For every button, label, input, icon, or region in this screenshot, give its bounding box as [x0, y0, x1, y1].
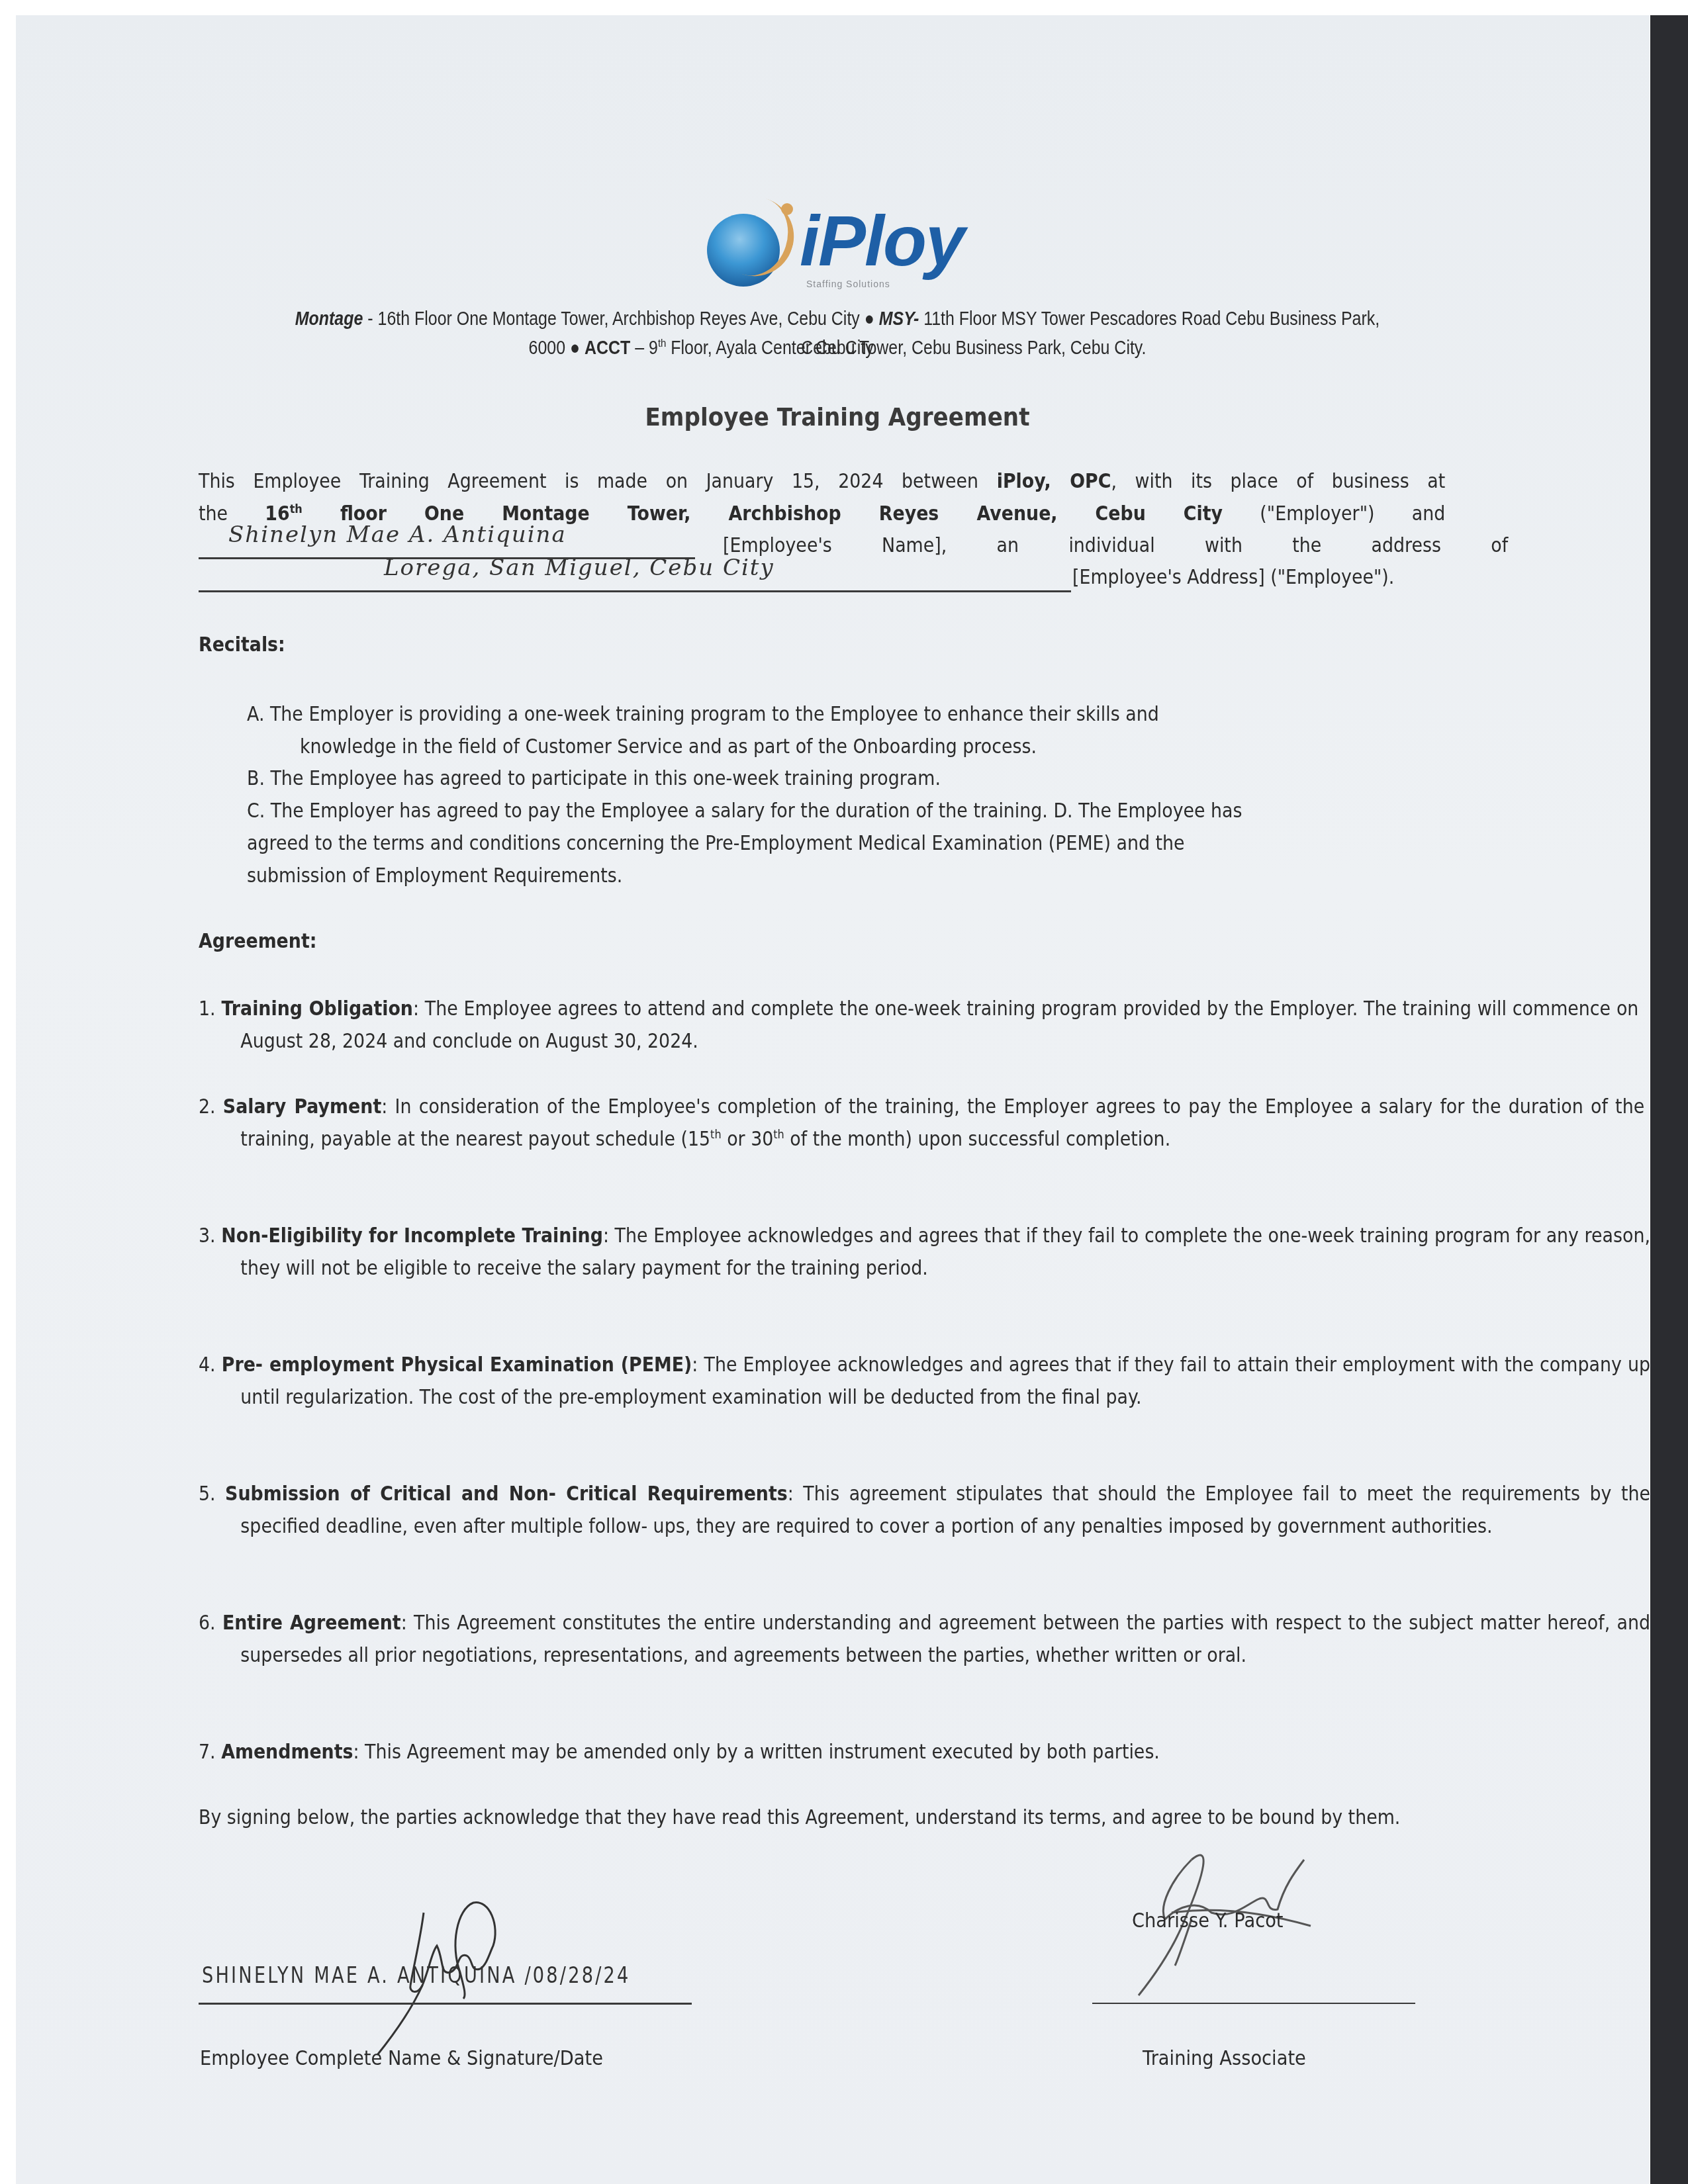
recitals-heading: Recitals: — [199, 629, 285, 661]
clause-entire-agreement: 6. Entire Agreement: This Agreement cons… — [199, 1607, 1650, 1672]
office-address-acct-a: – 9 — [630, 338, 658, 359]
recital-c-line3: submission of Employment Requirements. — [247, 860, 622, 892]
bullet-separator: ● — [570, 338, 580, 359]
associate-signature-line — [1092, 2003, 1415, 2004]
document-title: Employee Training Agreement — [263, 402, 1413, 432]
clause-title: Salary Payment — [223, 1095, 381, 1118]
clause-title: Training Obligation — [221, 997, 413, 1021]
closing-statement: By signing below, the parties acknowledg… — [199, 1801, 1597, 1834]
bullet-separator: ● — [865, 308, 874, 330]
intro-text: the — [199, 502, 228, 525]
clause-text: of the month) upon successful completion… — [784, 1128, 1170, 1151]
recital-c-line2: agreed to the terms and conditions conce… — [247, 827, 1185, 860]
employer-role: ("Employer") and — [1223, 502, 1445, 525]
office-addresses-line2: 6000 ● ACCT – 9th Floor, Ayala Center Ce… — [288, 334, 1387, 363]
recital-b: B. The Employee has agreed to participat… — [247, 762, 941, 795]
office-address-acct-b: Floor, Ayala Center Cebu Tower, Cebu Bus… — [666, 338, 1146, 359]
clause-number: 6. — [199, 1612, 216, 1635]
clause-number: 5. — [199, 1482, 216, 1506]
company-name: iPloy, OPC — [997, 470, 1111, 493]
intro-text: , with its place of business at — [1111, 470, 1445, 493]
scanner-edge — [1650, 15, 1688, 2184]
office-address-montage: - 16th Floor One Montage Tower, Archbish… — [363, 308, 864, 330]
clause-title: Entire Agreement — [222, 1612, 401, 1635]
employee-signature-label: Employee Complete Name & Signature/Date — [200, 2046, 603, 2070]
clause-title: Amendments — [221, 1741, 353, 1764]
zip-code: 6000 — [529, 338, 570, 359]
clause-number: 2. — [199, 1095, 216, 1118]
clause-peme: 4. Pre- employment Physical Examination … — [199, 1349, 1650, 1414]
clause-text: : This Agreement constitutes the entire … — [240, 1612, 1650, 1667]
logo-wordmark: iPloy — [800, 205, 964, 277]
clause-salary-payment: 2. Salary Payment: In consideration of t… — [199, 1091, 1644, 1156]
associate-printed-name: Charisse Y. Pacot — [1132, 1909, 1284, 1933]
recital-a-line2: knowledge in the field of Customer Servi… — [300, 731, 1037, 763]
clause-number: 7. — [199, 1741, 216, 1764]
clause-title: Submission of Critical and Non- Critical… — [225, 1482, 788, 1506]
intro-line-1: This Employee Training Agreement is made… — [199, 465, 1445, 498]
employee-address-underline — [199, 590, 1071, 592]
ordinal-sup: th — [710, 1128, 722, 1142]
iploy-logo: iPloy Staffing Solutions — [707, 202, 972, 295]
employee-name-handwritten: Shinelyn Mae A. Antiquina — [228, 522, 567, 548]
recital-c-line1: C. The Employer has agreed to pay the Em… — [247, 795, 1243, 827]
clause-text: : This Agreement may be amended only by … — [353, 1741, 1160, 1764]
clause-title: Pre- employment Physical Examination (PE… — [222, 1353, 692, 1377]
clause-text: or 30 — [722, 1128, 774, 1151]
employee-signature-line — [199, 2003, 692, 2005]
clause-number: 4. — [199, 1353, 216, 1377]
clause-text: : The Employee agrees to attend and comp… — [240, 997, 1638, 1053]
office-label-montage: Montage — [295, 308, 363, 330]
clause-training-obligation: 1. Training Obligation: The Employee agr… — [199, 993, 1638, 1058]
ordinal-sup: th — [658, 336, 666, 349]
agreement-heading: Agreement: — [199, 925, 316, 958]
office-label-msy: MSY- — [879, 308, 919, 330]
clause-amendments: 7. Amendments: This Agreement may be ame… — [199, 1736, 1609, 1768]
clause-number: 1. — [199, 997, 216, 1021]
clause-requirements: 5. Submission of Critical and Non- Criti… — [199, 1478, 1650, 1543]
office-label-acct: ACCT — [585, 338, 630, 359]
clause-number: 3. — [199, 1224, 216, 1248]
ordinal-sup: th — [773, 1128, 784, 1142]
employee-address-handwritten: Lorega, San Miguel, Cebu City — [384, 555, 774, 581]
employee-address-label: [Employee's Address] ("Employee"). — [1072, 561, 1394, 594]
ordinal-sup: th — [290, 502, 303, 516]
logo-dot-icon — [781, 203, 793, 215]
swoosh-icon — [735, 197, 804, 287]
employee-name-date-handwritten: SHINELYN MAE A. ANTIQUINA /08/28/24 — [202, 1962, 631, 1989]
logo-tagline: Staffing Solutions — [806, 279, 890, 289]
employee-name-label: [Employee's Name], an individual with th… — [723, 529, 1508, 562]
associate-signature-label: Training Associate — [1143, 2046, 1306, 2070]
recital-a-line1: A. The Employer is providing a one-week … — [247, 698, 1159, 731]
clause-non-eligibility: 3. Non-Eligibility for Incomplete Traini… — [199, 1220, 1650, 1285]
intro-text: This Employee Training Agreement is made… — [199, 470, 997, 493]
clause-title: Non-Eligibility for Incomplete Training — [221, 1224, 603, 1248]
